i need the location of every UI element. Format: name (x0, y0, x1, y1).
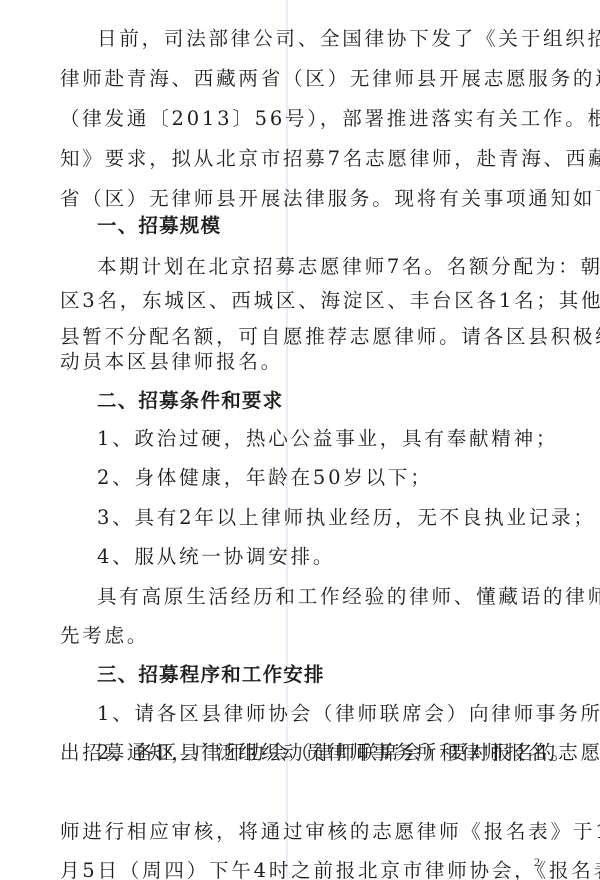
section-1-heading: 一、招募规模 (97, 214, 221, 238)
section-2-item-1: 1、政治过硬，热心公益事业，具有奉献精神； (97, 427, 558, 451)
section-3-line-1: 1、请各区县律师协会（律师联席会）向律师事务所发 (97, 702, 600, 726)
section-1-line-1: 本期计划在北京招募志愿律师7名。名额分配为：朝阳 (97, 255, 600, 279)
section-2-note-line-1: 具有高原生活经历和工作经验的律师、懂藏语的律师优 (97, 585, 600, 609)
section-2-item-4: 4、服从统一协调安排。 (97, 545, 335, 569)
section-2-note-line-2: 先考虑。 (60, 624, 149, 648)
section-2-item-2: 2、身体健康，年龄在50岁以下； (97, 466, 433, 490)
section-3-line-3: 2、各区县律师协会（律师联席会）要对报名的志愿律 (97, 741, 600, 765)
intro-line-5: 省（区）无律师县开展法律服务。现将有关事项通知如下： (60, 187, 600, 211)
intro-line-2: 律师赴青海、西藏两省（区）无律师县开展志愿服务的通知》 (60, 67, 600, 91)
section-3-line-5: 月5日（周四）下午4时之前报北京市律师协会，《报名表》 (60, 859, 600, 880)
page-number: 2 (534, 855, 540, 870)
section-2-heading: 二、招募条件和要求 (97, 389, 283, 413)
section-2-item-3: 3、具有2年以上律师执业经历，无不良执业记录； (97, 506, 596, 530)
section-1-line-3: 县暂不分配名额，可自愿推荐志愿律师。请各区县积极组织 (60, 325, 600, 349)
section-3-line-4: 师进行相应审核，将通过审核的志愿律师《报名表》于12 (60, 820, 600, 844)
section-3-heading: 三、招募程序和工作安排 (97, 663, 325, 687)
section-1-line-2: 区3名，东城区、西城区、海淀区、丰台区各1名；其他区 (60, 289, 600, 313)
intro-line-4: 知》要求，拟从北京市招募7名志愿律师，赴青海、西藏两 (60, 147, 600, 171)
intro-line-1: 日前，司法部律公司、全国律协下发了《关于组织招募 (97, 27, 600, 51)
section-1-line-4: 动员本区县律师报名。 (60, 350, 283, 374)
intro-line-3: （律发通〔2013〕56号），部署推进落实有关工作。根据《通 (60, 107, 600, 131)
